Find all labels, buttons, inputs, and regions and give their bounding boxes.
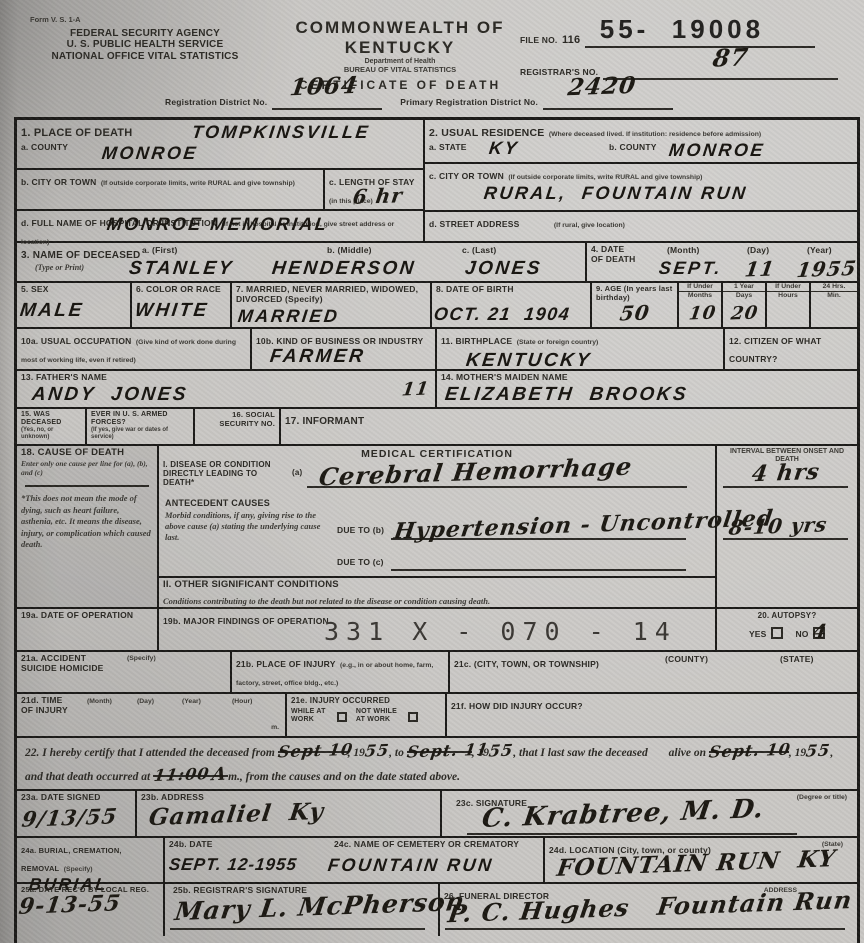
sex-label: 5. SEX (21, 285, 126, 295)
primary-district-label: Primary Registration District No. (400, 97, 538, 107)
medical-certification-cell: MEDICAL CERTIFICATION I. DISEASE OR COND… (159, 446, 717, 607)
ssn-cell: 16. SOCIAL SECURITY NO. (195, 409, 281, 444)
informant-label: 17. INFORMANT (285, 416, 364, 427)
age-value: 50 (619, 302, 652, 323)
registrar-signature-cell: 25b. REGISTRAR'S SIGNATURE Mary L. McPhe… (165, 884, 440, 936)
row-signature: 23a. DATE SIGNED 9/13/55 23b. ADDRESS Ga… (17, 791, 857, 838)
injury-year-label: (Year) (182, 698, 201, 706)
date-of-operation-label: 19a. DATE OF OPERATION (21, 611, 153, 621)
usual-residence-title: 2. USUAL RESIDENCE (429, 127, 544, 139)
cause-title: 18. CAUSE OF DEATH (21, 448, 153, 459)
cause-instructions: Enter only one cause per line for (a), (… (21, 460, 153, 477)
first-name-label: a. (First) (142, 246, 178, 256)
attended-to-year: 55 (488, 743, 515, 760)
row-occupation: 10a. USUAL OCCUPATION (Give kind of work… (17, 329, 857, 371)
attended-to-date: Sept. 11 (406, 742, 490, 761)
occupation-cell: 10a. USUAL OCCUPATION (Give kind of work… (17, 329, 252, 369)
accident-label: 21a. ACCIDENT SUICIDE HOMICIDE (21, 654, 116, 674)
length-of-stay-cell: c. LENGTH OF STAY (in this place) 6 hr (325, 170, 423, 209)
months-label: Months (679, 292, 721, 300)
was-deceased-cell: 15. WAS DECEASED (Yes, no, or unknown) (17, 409, 87, 444)
address-value: Gamaliel Ky (147, 800, 325, 829)
cause-divider (25, 485, 149, 487)
age-days-cell: 1 Year Days 20 (723, 283, 767, 327)
registrar-no-value: 87 (711, 45, 750, 70)
county-value: MONROE (101, 144, 199, 162)
residence-city-value: RURAL, FOUNTAIN RUN (483, 184, 749, 202)
box-2-usual-residence: 2. USUAL RESIDENCE (Where deceased lived… (425, 120, 857, 241)
certify-text-6: alive on (669, 747, 706, 759)
death-certificate-scan: Form V. S. 1-A FEDERAL SECURITY AGENCY U… (0, 0, 864, 943)
occupation-label: 10a. USUAL OCCUPATION (21, 336, 131, 346)
agency-line-3: NATIONAL OFFICE VITAL STATISTICS (30, 51, 260, 63)
disease-label-1: I. DISEASE OR CONDITION (163, 460, 291, 469)
age-months-value: 10 (688, 304, 718, 323)
alive-on-date: Sept. 10 (708, 742, 792, 761)
injury-occurred-label: 21e. INJURY OCCURRED (291, 696, 441, 705)
autopsy-yes-label: YES (749, 629, 767, 639)
accident-note: (Specify) (127, 655, 156, 663)
attended-from-date: Sept 10 (277, 742, 354, 761)
mother-value: ELIZABETH BROOKS (444, 385, 689, 404)
race-value: WHITE (134, 301, 210, 320)
header-agency-block: Form V. S. 1-A FEDERAL SECURITY AGENCY U… (30, 16, 260, 62)
reg-district-label: Registration District No. (165, 97, 267, 107)
father-ditto-mark: 11 (401, 380, 431, 399)
commonwealth-title: COMMONWEALTH OF KENTUCKY (270, 18, 530, 58)
race-cell: 6. COLOR OR RACE WHITE (132, 283, 232, 327)
cemetery-value: FOUNTAIN RUN (327, 856, 495, 874)
injury-hour-label: (Hour) (232, 698, 252, 706)
business-cell: 10b. KIND OF BUSINESS OR INDUSTRY FARMER (252, 329, 437, 369)
age-months-cell: If Under Months 10 (679, 283, 723, 327)
other-conditions-note: Conditions contributing to the death but… (163, 597, 490, 609)
row-injury-type: 21a. ACCIDENT SUICIDE HOMICIDE (Specify)… (17, 652, 857, 694)
min-label: Min. (811, 292, 857, 300)
burial-date-value: SEPT. 12-1955 (168, 856, 298, 873)
injury-location-cell: 21c. (CITY, TOWN, OR TOWNSHIP) (COUNTY) … (450, 652, 857, 692)
time-of-injury-label: 21d. TIME OF INJURY (21, 696, 76, 716)
dob-label: 8. DATE OF BIRTH (436, 285, 586, 295)
race-label: 6. COLOR OR RACE (136, 285, 226, 295)
was-deceased-label: 15. WAS DECEASED (21, 411, 81, 427)
autopsy-yes-checkbox (771, 627, 783, 639)
birthplace-note: (State or foreign country) (517, 339, 599, 346)
row-cause-of-death: 18. CAUSE OF DEATH Enter only one cause … (17, 446, 857, 609)
dob-cell: 8. DATE OF BIRTH OCT. 21 1904 (432, 283, 592, 327)
24hrs-label: 24 Hrs. (811, 283, 857, 292)
date-signed-value: 9/13/55 (21, 805, 119, 829)
was-deceased-note: (Yes, no, or unknown) (21, 427, 81, 441)
funeral-director-line (445, 928, 845, 930)
row-vitals: 5. SEX MALE 6. COLOR OR RACE WHITE 7. MA… (17, 283, 857, 329)
armed-forces-label: EVER IN U. S. ARMED FORCES? (91, 411, 189, 427)
age-cell: 9. AGE (In years last birthday) 50 (592, 283, 679, 327)
city-or-town-note: (If outside corporate limits, write RURA… (101, 180, 295, 187)
due-to-c-label: DUE TO (c) (337, 558, 384, 568)
autopsy-cell: 20. AUTOPSY? YES NO 4 (717, 609, 857, 650)
dob-value: OCT. 21 1904 (433, 305, 571, 323)
burial-type-note: (Specify) (64, 866, 93, 873)
injury-county-label: (COUNTY) (665, 655, 708, 665)
business-value: FARMER (269, 347, 367, 366)
agency-line-1: FEDERAL SECURITY AGENCY (30, 28, 260, 40)
row-certification-statement: 22. I hereby certify that I attended the… (17, 738, 857, 791)
middle-name-value: HENDERSON (271, 259, 417, 278)
time-of-injury-cell: 21d. TIME OF INJURY (Month) (Day) (Year)… (17, 694, 287, 736)
row-service-informant: 15. WAS DECEASED (Yes, no, or unknown) E… (17, 409, 857, 446)
mother-cell: 14. MOTHER'S MAIDEN NAME ELIZABETH BROOK… (437, 371, 857, 407)
reg-district-value: 1064 (288, 74, 359, 100)
other-conditions-title: II. OTHER SIGNIFICANT CONDITIONS (163, 580, 711, 591)
agency-line-2: U. S. PUBLIC HEALTH SERVICE (30, 39, 260, 51)
dod-year-label: (Year) (807, 246, 832, 256)
injury-occurred-cell: 21e. INJURY OCCURRED WHILE AT WORK NOT W… (287, 694, 447, 736)
box-3-name-of-deceased: 3. NAME OF DECEASED (Type or Print) a. (… (17, 243, 587, 281)
accident-suicide-homicide-cell: 21a. ACCIDENT SUICIDE HOMICIDE (Specify) (17, 652, 232, 692)
cause-a-label: (a) (292, 468, 302, 477)
attended-from-year: 55 (364, 743, 391, 760)
length-of-stay-value: 6 hr (352, 185, 405, 207)
burial-location-cell: 24d. LOCATION (City, town, or county) (S… (545, 838, 857, 882)
major-findings-label: 19b. MAJOR FINDINGS OF OPERATION (163, 616, 329, 626)
if-under-1yr-label: If Under (679, 283, 721, 292)
residence-county-label: b. COUNTY (609, 143, 657, 159)
county-label: a. COUNTY (21, 143, 419, 153)
row-parents: 13. FATHER'S NAME ANDY JONES 11 14. MOTH… (17, 371, 857, 409)
residence-county-value: MONROE (668, 141, 766, 159)
residence-city-label: c. CITY OR TOWN (429, 171, 504, 181)
injury-day-label: (Day) (137, 698, 154, 706)
cause-footnote: *This does not mean the mode of dying, s… (21, 493, 153, 550)
row-place-residence: 1. PLACE OF DEATH TOMPKINSVILLE a. COUNT… (17, 120, 857, 243)
certify-text-7: , 19 (789, 747, 806, 759)
injury-state-label: (STATE) (780, 655, 814, 665)
box-18-cause-of-death: 18. CAUSE OF DEATH Enter only one cause … (17, 446, 159, 607)
age-days-value: 20 (730, 304, 760, 323)
sex-cell: 5. SEX MALE (17, 283, 132, 327)
street-address-note: (If rural, give location) (554, 222, 625, 229)
last-name-value: JONES (464, 259, 543, 278)
city-or-town-cell: b. CITY OR TOWN (If outside corporate li… (17, 170, 325, 209)
disease-label-2: DIRECTLY LEADING TO DEATH* (163, 469, 291, 487)
file-no-label: FILE NO. (520, 35, 558, 45)
signature-cell: 23c. SIGNATURE (Degree or title) C. Krab… (442, 791, 857, 836)
dod-title: 4. DATE OF DEATH (591, 245, 639, 265)
death-time-ampm: A (211, 766, 229, 785)
one-year-label: 1 Year (723, 283, 765, 292)
row-injury-time: 21d. TIME OF INJURY (Month) (Day) (Year)… (17, 694, 857, 738)
date-of-operation-cell: 19a. DATE OF OPERATION (17, 609, 159, 650)
father-cell: 13. FATHER'S NAME ANDY JONES 11 (17, 371, 437, 407)
place-of-death-city-value: TOMPKINSVILLE (191, 123, 371, 141)
interval-a-line (723, 486, 848, 488)
hours-label: Hours (767, 292, 809, 300)
autopsy-no-mark: 4 (812, 623, 829, 643)
first-name-value: STANLEY (128, 259, 235, 278)
dod-day-label: (Day) (747, 246, 769, 256)
date-signed-label: 23a. DATE SIGNED (21, 793, 131, 803)
dod-year-value: 1955 (796, 258, 858, 280)
birthplace-value: KENTUCKY (465, 351, 593, 370)
dod-day-value: 11 (744, 258, 777, 279)
certify-text-5: , that I last saw the deceased (513, 747, 648, 759)
certificate-form: 1. PLACE OF DEATH TOMPKINSVILLE a. COUNT… (14, 117, 860, 943)
if-under-24h-label: If Under (767, 283, 809, 292)
cause-c-line (391, 569, 686, 571)
sex-value: MALE (19, 301, 85, 320)
citizen-label: 12. CITIZEN OF WHAT COUNTRY? (729, 336, 821, 364)
certify-text-1: I hereby certify that I attended the dec… (42, 747, 275, 759)
how-injury-occurred-label: 21f. HOW DID INJURY OCCUR? (451, 701, 583, 711)
usual-residence-note: (Where deceased lived. If institution: r… (549, 131, 761, 138)
name-title: 3. NAME OF DECEASED (21, 250, 140, 261)
armed-forces-cell: EVER IN U. S. ARMED FORCES? (If yes, giv… (87, 409, 195, 444)
citizen-cell: 12. CITIZEN OF WHAT COUNTRY? (725, 329, 857, 369)
row-name-dod: 3. NAME OF DECEASED (Type or Print) a. (… (17, 243, 857, 283)
cemetery-label: 24c. NAME OF CEMETERY OR CREMATORY (334, 840, 539, 850)
autopsy-no-label: NO (795, 629, 808, 639)
last-name-label: c. (Last) (462, 246, 496, 256)
box-1-place-of-death: 1. PLACE OF DEATH TOMPKINSVILLE a. COUNT… (17, 120, 425, 241)
file-no-stamp: 55- 19008 (600, 14, 764, 45)
alive-on-year: 55 (805, 743, 832, 760)
residence-city-note: (If outside corporate limits, write RURA… (508, 174, 702, 181)
place-of-death-title: 1. PLACE OF DEATH (21, 127, 132, 139)
place-of-injury-label: 21b. PLACE OF INJURY (236, 659, 336, 669)
injury-meridiem-label: m. (271, 724, 279, 732)
file-no-prefix: 116 (562, 34, 580, 46)
mother-label: 14. MOTHER'S MAIDEN NAME (441, 373, 853, 383)
ssn-label: 16. SOCIAL SECURITY NO. (199, 411, 275, 428)
date-received-cell: 25a. DATE REC'D BY LOCAL REG. 9-13-55 (17, 884, 165, 936)
father-label: 13. FATHER'S NAME (21, 373, 431, 383)
birthplace-cell: 11. BIRTHPLACE (State or foreign country… (437, 329, 725, 369)
armed-forces-note: (If yes, give war or dates of service) (91, 427, 189, 441)
registration-district-line: Registration District No. 1064 Primary R… (165, 92, 855, 110)
certify-text-3: , to (389, 747, 404, 759)
cemetery-cell: 24c. NAME OF CEMETERY OR CREMATORY FOUNT… (310, 838, 545, 882)
interval-column: INTERVAL BETWEEN ONSET AND DEATH 4 hrs 8… (717, 446, 857, 607)
institution-value: MONROE MEMORIAL (106, 215, 330, 233)
address-cell: 23b. ADDRESS Gamaliel Ky (137, 791, 442, 836)
birthplace-label: 11. BIRTHPLACE (441, 336, 512, 346)
burial-date-label: 24b. DATE (169, 840, 306, 850)
other-significant-conditions-section: II. OTHER SIGNIFICANT CONDITIONS Conditi… (159, 576, 715, 611)
due-to-b-label: DUE TO (b) (337, 526, 384, 536)
how-injury-occurred-cell: 21f. HOW DID INJURY OCCUR? (447, 694, 857, 736)
file-number-block: FILE NO. 116 55- 19008 REGISTRAR'S NO. 8… (520, 30, 855, 80)
dod-month-label: (Month) (667, 246, 700, 256)
funeral-director-cell: 26. FUNERAL DIRECTOR ADDRESS P. C. Hughe… (440, 884, 857, 936)
signature-line (467, 833, 797, 835)
business-label: 10b. KIND OF BUSINESS OR INDUSTRY (256, 336, 423, 346)
age-label: 9. AGE (In years last birthday) (596, 285, 673, 302)
registrar-signature-line (170, 928, 425, 930)
findings-code-value: 331 X - 070 - 14 (324, 617, 677, 646)
marital-value: MARRIED (237, 307, 341, 325)
place-of-injury-cell: 21b. PLACE OF INJURY (e.g., in or about … (232, 652, 450, 692)
autopsy-label: 20. AUTOPSY? (721, 611, 853, 620)
interval-a-value: 4 hrs (750, 461, 821, 485)
injury-month-label: (Month) (87, 698, 112, 706)
residence-state-value: KY (488, 139, 520, 159)
informant-cell: 17. INFORMANT (281, 409, 857, 444)
middle-name-label: b. (Middle) (327, 246, 372, 256)
street-address-label: d. STREET ADDRESS (429, 219, 519, 229)
marital-cell: 7. MARRIED, NEVER MARRIED, WIDOWED, DIVO… (232, 283, 432, 327)
date-received-value: 9-13-55 (17, 892, 122, 918)
days-label: Days (723, 292, 765, 300)
not-while-at-work-label: NOT WHILE AT WORK (356, 708, 404, 724)
burial-date-cell: 24b. DATE SEPT. 12-1955 (165, 838, 310, 882)
antecedent-causes-label: ANTECEDENT CAUSES (165, 498, 270, 508)
box-4-date-of-death: 4. DATE OF DEATH (Month) (Day) (Year) SE… (587, 243, 857, 281)
age-min-cell: 24 Hrs. Min. (811, 283, 857, 327)
date-signed-cell: 23a. DATE SIGNED 9/13/55 (17, 791, 137, 836)
autopsy-no-checkbox: 4 (813, 627, 825, 639)
burial-type-cell: 24a. BURIAL, CREMATION, REMOVAL (Specify… (17, 838, 165, 882)
major-findings-cell: 19b. MAJOR FINDINGS OF OPERATION 331 X -… (159, 609, 717, 650)
interval-b-value: 8-10 yrs (728, 514, 829, 538)
degree-title-note: (Degree or title) (797, 794, 847, 802)
while-at-work-checkbox (337, 712, 347, 722)
injury-city-label: 21c. (CITY, TOWN, OR TOWNSHIP) (454, 659, 599, 669)
row-operation-autopsy: 19a. DATE OF OPERATION 19b. MAJOR FINDIN… (17, 609, 857, 652)
certify-text-9: m., from the causes and on the date stat… (228, 771, 460, 783)
age-hours-cell: If Under Hours (767, 283, 811, 327)
marital-label: 7. MARRIED, NEVER MARRIED, WIDOWED, DIVO… (236, 285, 426, 305)
primary-district-value: 2420 (566, 74, 637, 100)
not-while-at-work-checkbox (408, 712, 418, 722)
residence-state-label: a. STATE (429, 143, 489, 159)
form-number: Form V. S. 1-A (30, 16, 260, 25)
death-time-value: 11:00 (153, 766, 211, 784)
morbid-conditions-note: Morbid conditions, if any, giving rise t… (165, 510, 330, 543)
while-at-work-label: WHILE AT WORK (291, 708, 333, 724)
father-value: ANDY JONES (31, 385, 189, 404)
row-registrar: 25a. DATE REC'D BY LOCAL REG. 9-13-55 25… (17, 884, 857, 936)
row-burial: 24a. BURIAL, CREMATION, REMOVAL (Specify… (17, 838, 857, 884)
dod-month-value: SEPT. (658, 259, 723, 277)
city-or-town-label: b. CITY OR TOWN (21, 177, 96, 187)
certify-no: 22. (25, 747, 39, 759)
